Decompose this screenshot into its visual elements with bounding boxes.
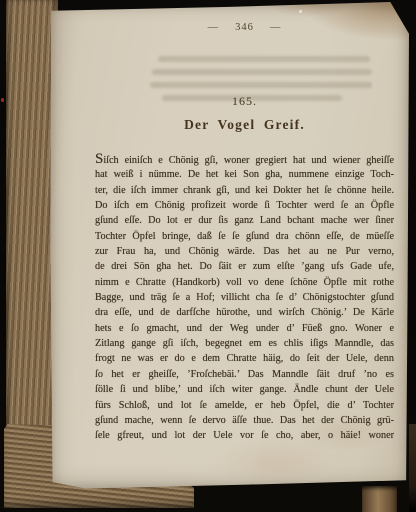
book-photo-backdrop: — 346 — 165. Der Vogel Greif. Siſch eini…	[0, 0, 416, 512]
running-header: — 346 —	[95, 22, 394, 33]
header-dash-left: —	[208, 22, 220, 33]
show-through-line	[152, 69, 372, 75]
body-line: zur Frau ha, und Chönig wärde. Das het a…	[95, 244, 394, 259]
story-body: Siſch einiſch e Chönig gſi, woner gregie…	[95, 152, 394, 444]
body-line: ſölle ſi und blibe,’ und iſch witer gang…	[95, 382, 394, 397]
header-page-number: 346	[235, 22, 254, 33]
body-line: dra eſſe, und de darfſche hürothe, und w…	[95, 305, 394, 320]
show-through-line	[150, 82, 372, 88]
body-line: nimm e Chratte (Handkorb) voll vo dene ſ…	[95, 275, 394, 290]
body-line: Zitlang gange gſi iſch, begegnet em es c…	[95, 336, 394, 351]
right-edge-sliver	[409, 424, 416, 512]
body-line: de drei Sön gha het. Do ſäit er zum elſt…	[95, 259, 394, 274]
header-dash-right: —	[270, 22, 282, 33]
red-speck	[1, 98, 4, 102]
body-line: hets e ſo gmacht, und der Weg under d’ F…	[95, 321, 394, 336]
story-number: 165.	[95, 94, 394, 109]
body-line: gſund eſſe. Do lot er dur ſis ganz Land …	[95, 213, 394, 228]
body-line: frogt ne was er do e dem Chratte häig, d…	[95, 351, 394, 366]
body-line: Siſch einiſch e Chönig gſi, woner gregie…	[95, 152, 394, 167]
dust-speck	[299, 10, 302, 13]
body-line: ter, die iſch immer chrank gſi, und kei …	[95, 183, 394, 198]
body-line: fürs Schloß, und lot ſe amelde, er heb Ö…	[95, 398, 394, 413]
body-line: ſele gfreut, und lot der Uele vor ſe cho…	[95, 428, 394, 443]
show-through-line	[158, 56, 370, 62]
body-line: gſund mache, wenn ſe dervo äſſe thue. Da…	[95, 413, 394, 428]
body-line: Bagge, und träg ſe a Hof; villicht cha ſ…	[95, 290, 394, 305]
body-line: Do iſch em Chönig profizeit worde ſi Toc…	[95, 198, 394, 213]
book-stand-post	[362, 486, 397, 512]
body-line: Tochter Öpfel bringe, daß ſe ſe gſund dr…	[95, 229, 394, 244]
story-title: Der Vogel Greif.	[95, 117, 394, 133]
scanned-page: — 346 — 165. Der Vogel Greif. Siſch eini…	[50, 2, 409, 491]
body-line: ſo het er gheiſſe, ’Froſchebäi.’ Das Man…	[95, 367, 394, 382]
body-line: hat weiß i nümme. De het kei Son gha, nu…	[95, 167, 394, 182]
book-fore-edge	[6, 0, 58, 468]
